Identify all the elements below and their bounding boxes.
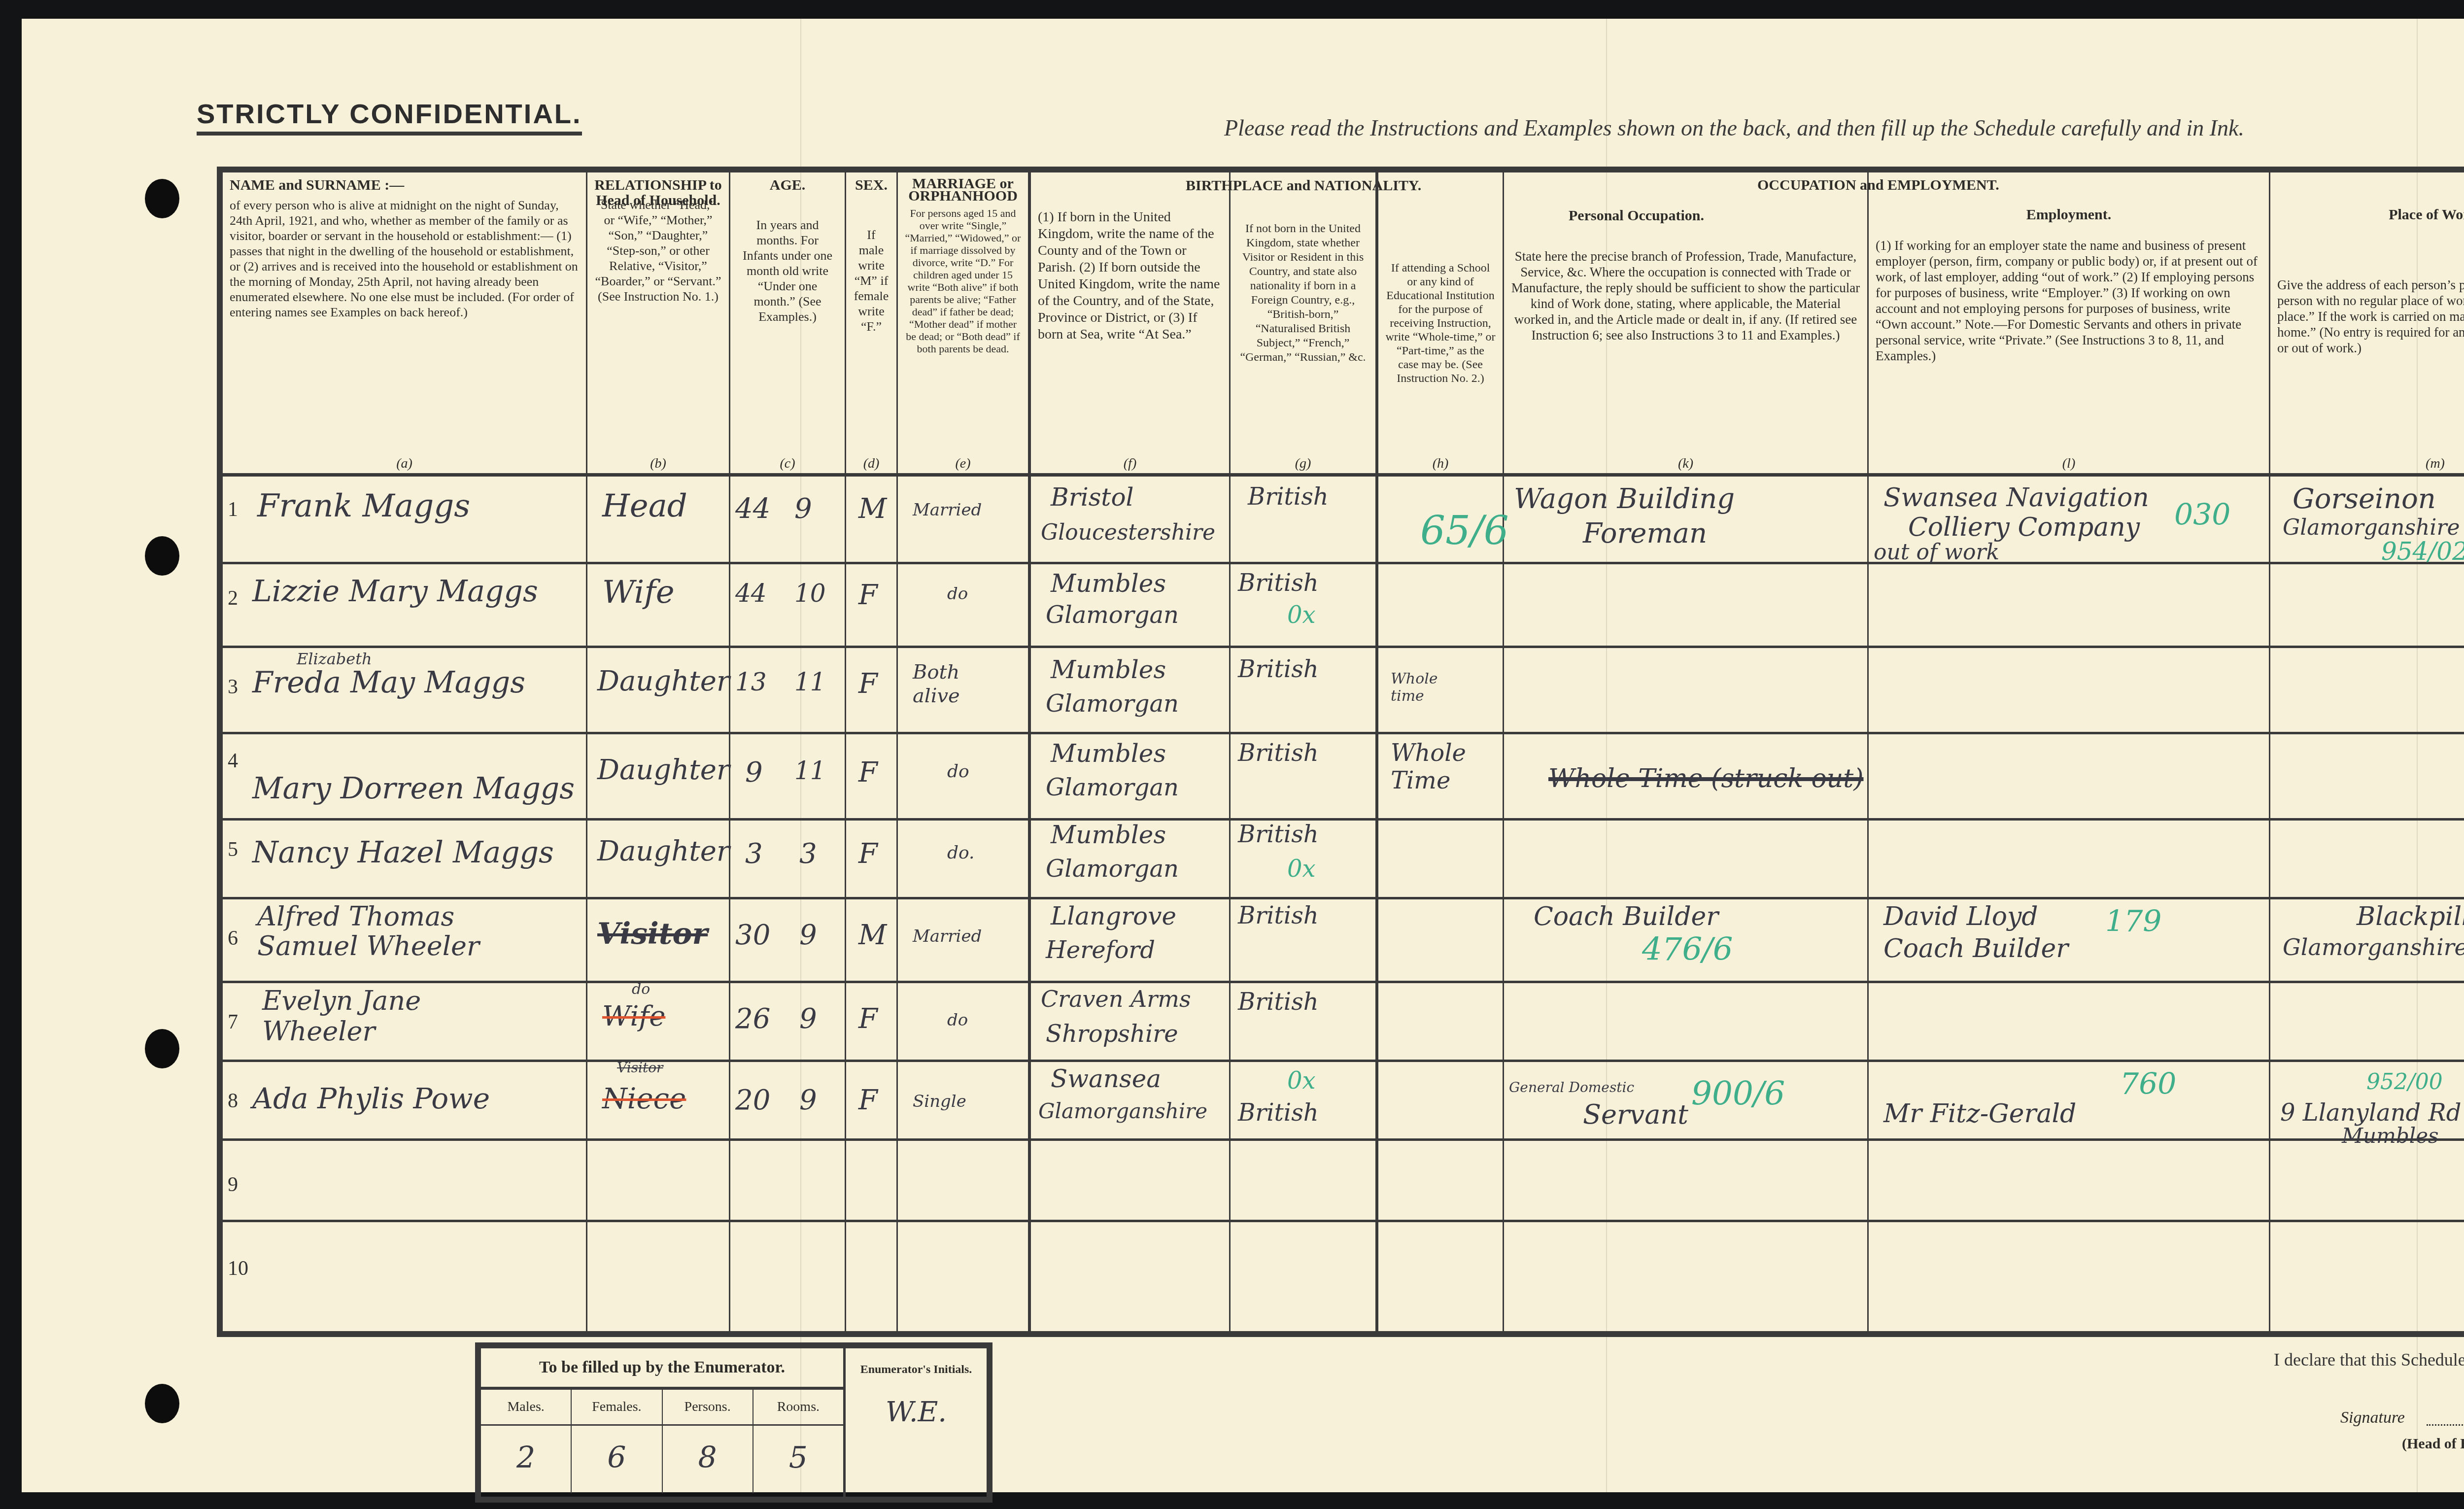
birthplace-town[interactable]: Bristol bbox=[1051, 483, 1133, 512]
age-years-cell[interactable]: 3 bbox=[745, 838, 763, 870]
nationality-code: 0x bbox=[1287, 601, 1316, 629]
relationship-cell[interactable]: Daughter bbox=[597, 754, 730, 786]
employer-code: 179 bbox=[2105, 904, 2162, 939]
signature-line bbox=[2427, 1424, 2464, 1426]
name-cell[interactable]: Freda May Maggs bbox=[252, 665, 525, 700]
persons-count[interactable]: 8 bbox=[663, 1426, 753, 1490]
col-personal-occupation: OCCUPATION and EMPLOYMENT.Personal Occup… bbox=[1504, 172, 1869, 1331]
declaration-text: I declare that this Schedule is correctl… bbox=[2274, 1349, 2464, 1370]
confidential-title: STRICTLY CONFIDENTIAL. bbox=[197, 98, 582, 136]
occupation-cell[interactable]: Wagon Building bbox=[1514, 483, 1735, 515]
school-cell[interactable]: Whole Time bbox=[1391, 739, 1465, 794]
females-count[interactable]: 6 bbox=[572, 1426, 661, 1490]
col-age: AGE.In years and months. For Infants und… bbox=[730, 172, 846, 1331]
age-years-cell[interactable]: 20 bbox=[735, 1084, 770, 1116]
birthplace-county[interactable]: Shropshire bbox=[1046, 1020, 1178, 1048]
relationship-cell[interactable]: Wife bbox=[602, 1000, 665, 1032]
birthplace-town[interactable]: Mumbles bbox=[1051, 739, 1166, 768]
relationship-cell[interactable]: Wife bbox=[602, 574, 675, 611]
place-of-work-cell-2[interactable]: Mumbles bbox=[2342, 1124, 2439, 1148]
place-code: 954/02 bbox=[2381, 537, 2464, 566]
relationship-cell[interactable]: Daughter bbox=[597, 665, 730, 697]
occupation-cell-2[interactable]: Foreman bbox=[1583, 517, 1707, 549]
birthplace-town[interactable]: Craven Arms bbox=[1041, 986, 1191, 1012]
sex-cell[interactable]: M bbox=[858, 493, 887, 525]
employer-cell-3[interactable]: out of work bbox=[1874, 540, 1999, 565]
age-months-cell[interactable]: 9 bbox=[799, 1003, 817, 1035]
sex-cell[interactable]: F bbox=[858, 1003, 878, 1035]
employer-code: 760 bbox=[2120, 1067, 2177, 1101]
birthplace-town[interactable]: Mumbles bbox=[1051, 655, 1166, 684]
relationship-cell[interactable]: Head bbox=[602, 488, 687, 524]
place-of-work-cell[interactable]: Blackpill bbox=[2357, 902, 2464, 931]
relationship-cell[interactable]: Daughter bbox=[597, 835, 730, 867]
punch-hole bbox=[145, 536, 179, 576]
marriage-cell[interactable]: do bbox=[947, 761, 969, 782]
birthplace-county[interactable]: Glamorgan bbox=[1046, 855, 1179, 883]
name-cell[interactable]: Alfred Thomas Samuel Wheeler bbox=[257, 902, 563, 961]
birthplace-county[interactable]: Glamorgan bbox=[1046, 690, 1179, 718]
age-years-cell[interactable]: 26 bbox=[735, 1003, 770, 1035]
employer-cell[interactable]: David Lloyd bbox=[1883, 902, 2038, 931]
nationality-cell[interactable]: British bbox=[1238, 988, 1319, 1016]
col-sex: SEX.If male write “M” if female write “F… bbox=[846, 172, 898, 1331]
name-cell[interactable]: Lizzie Mary Maggs bbox=[252, 574, 538, 609]
col-relationship: State whether “Head,” or “Wife,” “Mother… bbox=[587, 172, 730, 1331]
age-years-cell[interactable]: 9 bbox=[745, 756, 763, 789]
age-months-cell[interactable]: 11 bbox=[794, 756, 826, 785]
place-of-work-cell[interactable]: Gorseinon bbox=[2293, 483, 2436, 515]
birthplace-town[interactable]: Swansea bbox=[1051, 1064, 1161, 1093]
nationality-cell[interactable]: British bbox=[1238, 821, 1319, 848]
col-employment: Employment.(1) If working for an employe… bbox=[1869, 172, 2270, 1331]
marriage-cell[interactable]: Both alive bbox=[913, 660, 987, 708]
birthplace-county[interactable]: Glamorgan bbox=[1046, 774, 1179, 801]
sex-cell[interactable]: F bbox=[858, 579, 878, 611]
school-cell[interactable]: Whole time bbox=[1391, 670, 1450, 705]
age-years-cell[interactable]: 13 bbox=[735, 668, 767, 696]
punch-hole bbox=[145, 1029, 179, 1068]
sex-cell[interactable]: M bbox=[858, 919, 887, 951]
punch-hole bbox=[145, 1384, 179, 1423]
nationality-cell[interactable]: British bbox=[1238, 739, 1319, 767]
place-of-work-cell[interactable]: 9 Llanyland Rd bbox=[2280, 1099, 2461, 1127]
occupation-cell[interactable]: Coach Builder bbox=[1534, 902, 1718, 931]
marriage-cell[interactable]: Married bbox=[913, 500, 982, 520]
age-years-cell[interactable]: 44 bbox=[735, 579, 767, 608]
name-cell[interactable]: Evelyn Jane Wheeler bbox=[262, 986, 538, 1047]
sex-cell[interactable]: F bbox=[858, 838, 878, 870]
enumerator-summary-box: To be filled up by the Enumerator. Males… bbox=[475, 1342, 992, 1503]
place-code: 952/00 bbox=[2366, 1069, 2443, 1095]
place-of-work-cell-2[interactable]: Glamorganshire bbox=[2283, 934, 2464, 960]
sex-cell[interactable]: F bbox=[858, 668, 878, 700]
marriage-cell[interactable]: do bbox=[947, 584, 968, 604]
nationality-cell[interactable]: British bbox=[1238, 569, 1319, 597]
nationality-cell[interactable]: British bbox=[1238, 902, 1319, 929]
sex-cell[interactable]: F bbox=[858, 1084, 878, 1116]
marriage-cell[interactable]: Single bbox=[913, 1092, 966, 1111]
marriage-cell[interactable]: Married bbox=[913, 926, 982, 946]
sex-cell[interactable]: F bbox=[858, 756, 878, 789]
nationality-cell[interactable]: British bbox=[1238, 1099, 1319, 1127]
employer-cell-2[interactable]: Mr Fitz-Gerald bbox=[1883, 1099, 2076, 1129]
census-schedule-page: STRICTLY CONFIDENTIAL. Please read the I… bbox=[22, 19, 2464, 1492]
signature-note: (Head of Household, Manager of Establish… bbox=[2402, 1436, 2464, 1452]
name-cell[interactable]: Ada Phylis Powe bbox=[252, 1082, 490, 1115]
age-years-cell[interactable]: 30 bbox=[735, 919, 770, 951]
relationship-cell[interactable]: Visitor bbox=[597, 917, 708, 951]
col-place-of-work: Place of Work.Give the address of each p… bbox=[2270, 172, 2464, 1331]
employer-cell[interactable]: Swansea Navigation bbox=[1883, 483, 2149, 513]
nationality-code: 0x bbox=[1287, 1067, 1316, 1095]
place-of-work-cell-2[interactable]: Glamorganshire bbox=[2283, 515, 2460, 540]
birthplace-county[interactable]: Hereford bbox=[1046, 936, 1155, 964]
age-months-cell[interactable]: 9 bbox=[794, 493, 812, 525]
nationality-cell[interactable]: British bbox=[1238, 655, 1319, 683]
name-cell[interactable]: Nancy Hazel Maggs bbox=[252, 835, 554, 870]
signature-label: Signature bbox=[2340, 1408, 2405, 1427]
birthplace-county[interactable]: Glamorganshire bbox=[1038, 1099, 1207, 1123]
employer-code: 030 bbox=[2174, 498, 2231, 532]
relationship-insert: Visitor bbox=[617, 1060, 663, 1076]
age-months-cell[interactable]: 3 bbox=[799, 838, 817, 870]
birthplace-county[interactable]: Glamorgan bbox=[1046, 601, 1179, 629]
age-years-cell[interactable]: 44 bbox=[735, 493, 770, 525]
birthplace-town[interactable]: Mumbles bbox=[1051, 821, 1166, 849]
col-marriage: MARRIAGE or ORPHANHOODFor persons aged 1… bbox=[898, 172, 1031, 1331]
employer-cell-2[interactable]: Coach Builder bbox=[1883, 934, 2068, 963]
name-cell[interactable]: Mary Dorreen Maggs bbox=[252, 771, 575, 806]
punch-hole bbox=[145, 179, 179, 218]
occupation-cell[interactable]: General Domestic bbox=[1509, 1079, 1634, 1096]
enumerator-initials[interactable]: W.E. bbox=[846, 1376, 987, 1428]
age-months-cell[interactable]: 11 bbox=[794, 668, 826, 696]
name-cell[interactable]: Frank Maggs bbox=[257, 488, 470, 524]
age-months-cell[interactable]: 9 bbox=[799, 919, 817, 951]
rooms-count[interactable]: 5 bbox=[753, 1426, 843, 1490]
nationality-cell[interactable]: British bbox=[1248, 483, 1329, 511]
occupation-code: 476/6 bbox=[1642, 931, 1733, 968]
age-months-cell[interactable]: 9 bbox=[799, 1084, 817, 1116]
col-name: NAME and SURNAME :—of every person who i… bbox=[223, 172, 587, 1331]
occupation-cell-2[interactable]: Servant bbox=[1583, 1099, 1688, 1130]
age-months-cell[interactable]: 10 bbox=[794, 579, 826, 608]
birthplace-county[interactable]: Gloucestershire bbox=[1041, 520, 1215, 545]
household-table: NAME and SURNAME :—of every person who i… bbox=[217, 167, 2464, 1337]
marriage-cell[interactable]: do bbox=[947, 1010, 968, 1030]
employer-cell-2[interactable]: Colliery Company bbox=[1908, 513, 2140, 542]
males-count[interactable]: 2 bbox=[481, 1426, 571, 1490]
occupation-code: 900/6 bbox=[1691, 1074, 1785, 1112]
instructions-line: Please read the Instructions and Example… bbox=[1224, 115, 2244, 141]
marriage-cell[interactable]: do. bbox=[947, 843, 975, 863]
occupation-code: 65/6 bbox=[1420, 508, 1509, 553]
occupation-cell[interactable]: Whole Time (struck out) bbox=[1548, 764, 1863, 793]
relationship-insert: do bbox=[632, 981, 650, 998]
nationality-code: 0x bbox=[1287, 855, 1316, 883]
relationship-cell[interactable]: Niece bbox=[602, 1082, 686, 1115]
birthplace-town[interactable]: Mumbles bbox=[1051, 569, 1166, 598]
birthplace-town[interactable]: Llangrove bbox=[1051, 902, 1176, 930]
